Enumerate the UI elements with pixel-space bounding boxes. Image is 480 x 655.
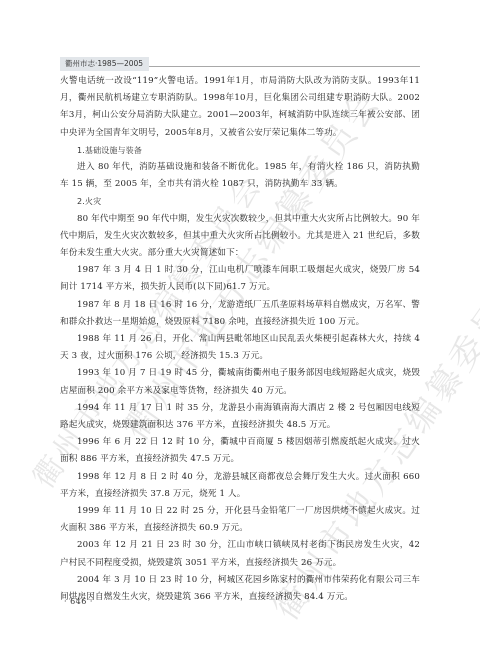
paragraph: 80 年代中期至 90 年代中期，发生火灾次数较少，但其中重大火灾所占比例较大。… <box>60 211 420 263</box>
fire-record: 1987 年 8 月 18 日 16 时 16 分，龙游造纸厂五爪垄原料场草料自… <box>60 297 420 331</box>
body-text: 火警电话统一改设“119”火警电话。1991年1月，市局消防大队改为消防支队。1… <box>60 73 420 606</box>
fire-record: 2004 年 3 月 10 日 23 时 10 分，柯城区花园乡陈家村的衢州市伟… <box>60 572 420 606</box>
page-number: · 646 · <box>64 597 93 606</box>
section-heading-fires: 2.火灾 <box>60 193 420 210</box>
fire-record: 1996 年 6 月 22 日 12 时 10 分，衢城中百商厦 5 楼因烟蒂引… <box>60 434 420 468</box>
document-page: 衢州市地方志编纂委员会 衢州市地方志编纂委员会 衢州市地方志编纂委员会 衢州市志… <box>0 0 480 655</box>
fire-record: 1998 年 12 月 8 日 2 时 40 分，龙游县城区商都夜总会舞厅发生大… <box>60 469 420 503</box>
running-title: 衢州市志·1985—2005 <box>60 57 149 71</box>
fire-record: 1987 年 3 月 4 日 1 时 30 分，江山电机厂喷漆车间职工吸烟起火成… <box>60 262 420 296</box>
running-header: 衢州市志·1985—2005 <box>60 51 420 67</box>
fire-record: 1993 年 10 月 7 日 19 时 45 分，衢城南街衢州电子服务部因电线… <box>60 365 420 399</box>
fire-record: 2003 年 12 月 21 日 23 时 30 分，江山市峡口镇峡凤村老街下街… <box>60 537 420 571</box>
fire-record: 1999 年 11 月 10 日 22 时 25 分，开化县马金铅笔厂一厂房因烘… <box>60 503 420 537</box>
section-heading-infrastructure: 1.基础设施与装备 <box>60 142 420 159</box>
fire-record: 1988 年 11 月 26 日，开化、常山两县毗邻地区山民乱丢火柴梗引起森林大… <box>60 331 420 365</box>
paragraph-continued: 火警电话统一改设“119”火警电话。1991年1月，市局消防大队改为消防支队。1… <box>60 73 420 142</box>
paragraph: 进入 80 年代，消防基础设施和装备不断优化。1985 年，有消火栓 186 只… <box>60 159 420 193</box>
fire-record: 1994 年 11 月 17 日 1 时 35 分，龙游县小南海镇南海大酒店 2… <box>60 400 420 434</box>
